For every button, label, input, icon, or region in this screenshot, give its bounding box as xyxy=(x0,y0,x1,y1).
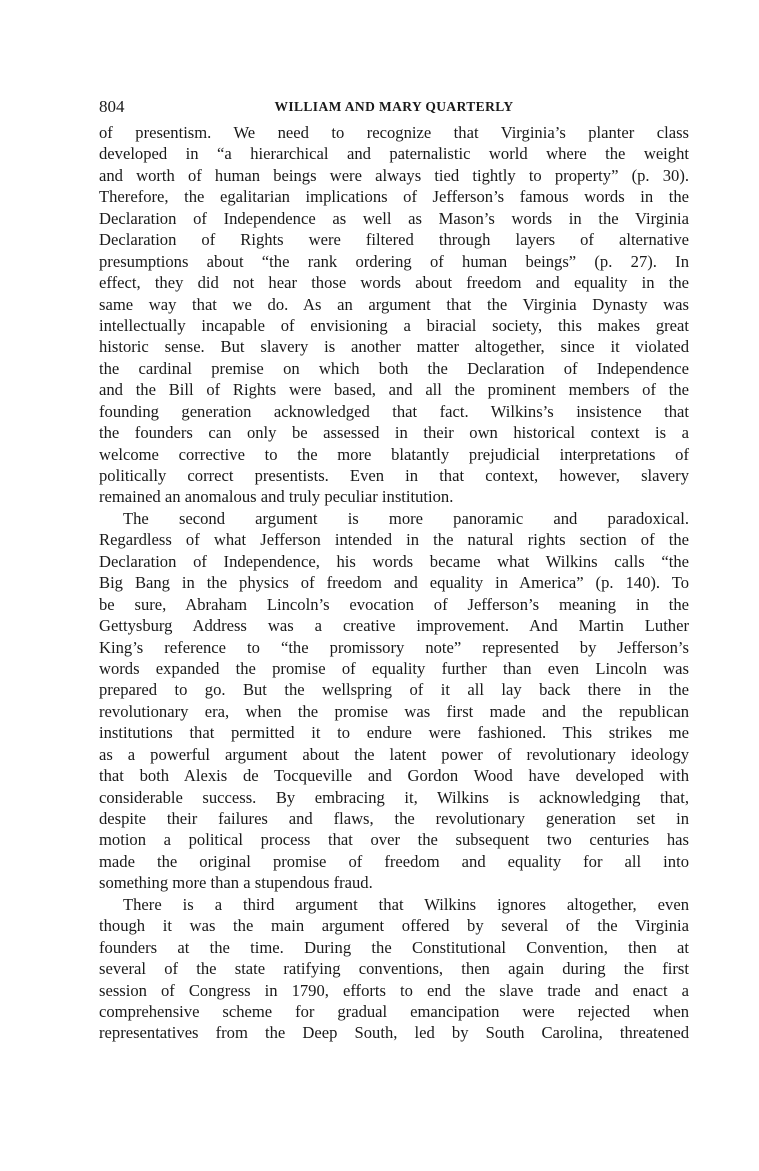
text-line: There is a third argument that Wilkins i… xyxy=(99,894,689,915)
text-line: intellectually incapable of envisioning … xyxy=(99,315,689,336)
text-line: institutions that permitted it to endure… xyxy=(99,722,689,743)
text-line: something more than a stupendous fraud. xyxy=(99,872,689,893)
text-line: the founders can only be assessed in the… xyxy=(99,422,689,443)
text-line: Declaration of Independence as well as M… xyxy=(99,208,689,229)
text-line: developed in “a hierarchical and paterna… xyxy=(99,143,689,164)
text-line: that both Alexis de Tocqueville and Gord… xyxy=(99,765,689,786)
text-line: King’s reference to “the promissory note… xyxy=(99,637,689,658)
text-line: the cardinal premise on which both the D… xyxy=(99,358,689,379)
paragraph: The second argument is more panoramic an… xyxy=(99,508,689,894)
paragraph: There is a third argument that Wilkins i… xyxy=(99,894,689,1044)
text-line: comprehensive scheme for gradual emancip… xyxy=(99,1001,689,1022)
text-line: session of Congress in 1790, efforts to … xyxy=(99,980,689,1001)
text-line: Therefore, the egalitarian implications … xyxy=(99,186,689,207)
text-line: several of the state ratifying conventio… xyxy=(99,958,689,979)
text-line: presumptions about “the rank ordering of… xyxy=(99,251,689,272)
text-line: Regardless of what Jefferson intended in… xyxy=(99,529,689,550)
text-line: Declaration of Independence, his words b… xyxy=(99,551,689,572)
text-line: same way that we do. As an argument that… xyxy=(99,294,689,315)
text-line: prepared to go. But the wellspring of it… xyxy=(99,679,689,700)
text-line: The second argument is more panoramic an… xyxy=(99,508,689,529)
text-line: Big Bang in the physics of freedom and e… xyxy=(99,572,689,593)
text-line: representatives from the Deep South, led… xyxy=(99,1022,689,1043)
text-line: revolutionary era, when the promise was … xyxy=(99,701,689,722)
text-line: Declaration of Rights were filtered thro… xyxy=(99,229,689,250)
text-line: and the Bill of Rights were based, and a… xyxy=(99,379,689,400)
running-head: 804 WILLIAM AND MARY QUARTERLY xyxy=(99,96,689,118)
text-line: made the original promise of freedom and… xyxy=(99,851,689,872)
text-line: remained an anomalous and truly peculiar… xyxy=(99,486,689,507)
paragraph: of presentism. We need to recognize that… xyxy=(99,122,689,508)
text-line: be sure, Abraham Lincoln’s evocation of … xyxy=(99,594,689,615)
journal-title: WILLIAM AND MARY QUARTERLY xyxy=(99,96,689,118)
text-line: founding generation acknowledged that fa… xyxy=(99,401,689,422)
text-line: and worth of human beings were always ti… xyxy=(99,165,689,186)
text-line: politically correct presentists. Even in… xyxy=(99,465,689,486)
text-line: of presentism. We need to recognize that… xyxy=(99,122,689,143)
text-line: Gettysburg Address was a creative improv… xyxy=(99,615,689,636)
text-line: historic sense. But slavery is another m… xyxy=(99,336,689,357)
text-line: words expanded the promise of equality f… xyxy=(99,658,689,679)
text-line: considerable success. By embracing it, W… xyxy=(99,787,689,808)
text-line: founders at the time. During the Constit… xyxy=(99,937,689,958)
text-line: though it was the main argument offered … xyxy=(99,915,689,936)
text-line: effect, they did not hear those words ab… xyxy=(99,272,689,293)
text-line: as a powerful argument about the latent … xyxy=(99,744,689,765)
body-text: of presentism. We need to recognize that… xyxy=(99,122,689,1044)
text-line: motion a political process that over the… xyxy=(99,829,689,850)
text-line: despite their failures and flaws, the re… xyxy=(99,808,689,829)
text-line: welcome corrective to the more blatantly… xyxy=(99,444,689,465)
